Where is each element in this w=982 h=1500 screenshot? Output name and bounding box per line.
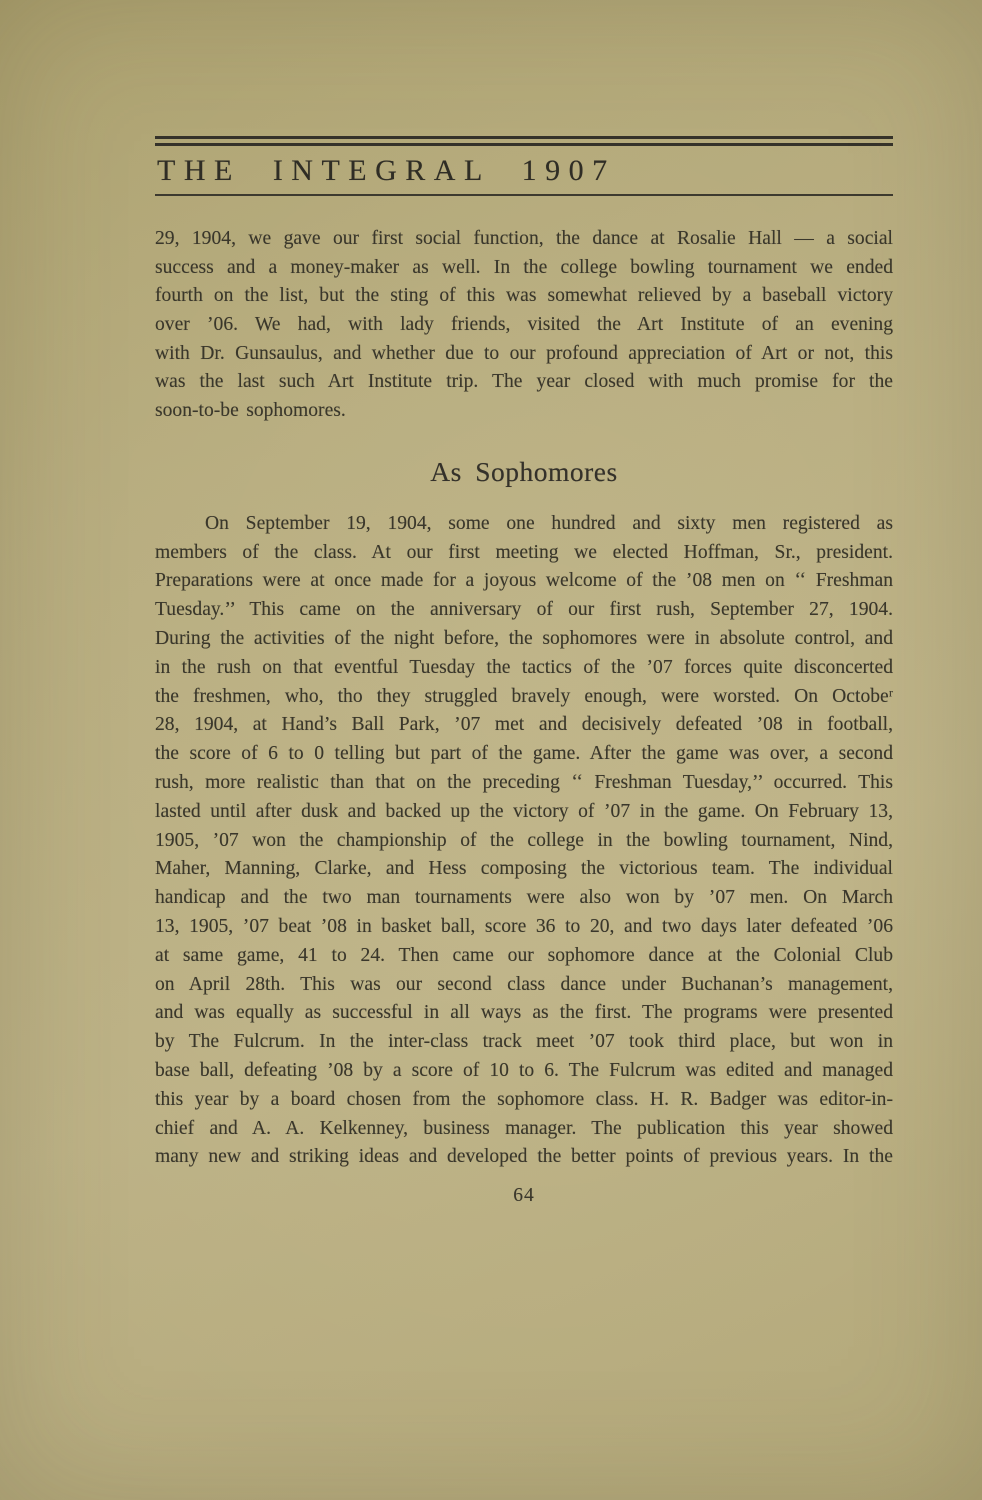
text-line: on April 28th. This was our second class…	[155, 971, 893, 1000]
paragraph-as-sophomores: On September 19, 1904, some one hundred …	[155, 510, 893, 1172]
text-line: fourth on the list, but the sting of thi…	[155, 282, 893, 311]
text-line: On September 19, 1904, some one hundred …	[155, 510, 893, 539]
text-line: lasted until after dusk and backed up th…	[155, 798, 893, 827]
text-line: was the last such Art Institute trip. Th…	[155, 368, 893, 397]
page-number: 64	[155, 1183, 893, 1209]
section-heading-as-sophomores: As Sophomores	[155, 455, 893, 488]
text-line: in the rush on that eventful Tuesday the…	[155, 654, 893, 683]
text-line: handicap and the two man tournaments wer…	[155, 884, 893, 913]
text-line: 29, 1904, we gave our first social funct…	[155, 225, 893, 254]
text-line: rush, more realistic than that on the pr…	[155, 769, 893, 798]
header-double-rule-top	[155, 136, 893, 139]
page-header: THE INTEGRAL 1907	[155, 136, 893, 196]
text-line: over ’06. We had, with lady friends, vis…	[155, 311, 893, 340]
text-line: 28, 1904, at Hand’s Ball Park, ’07 met a…	[155, 711, 893, 740]
text-line: During the activities of the night befor…	[155, 625, 893, 654]
text-line: base ball, defeating ’08 by a score of 1…	[155, 1057, 893, 1086]
text-line: the freshmen, who, tho they struggled br…	[155, 683, 893, 712]
text-line: by The Fulcrum. In the inter-class track…	[155, 1028, 893, 1057]
text-line: Tuesday.’’ This came on the anniversary …	[155, 596, 893, 625]
page-body: 29, 1904, we gave our first social funct…	[155, 225, 893, 1172]
scanned-book-page: THE INTEGRAL 1907 29, 1904, we gave our …	[0, 0, 982, 1500]
text-line: and was equally as successful in all way…	[155, 999, 893, 1028]
text-line: chief and A. A. Kelkenney, business mana…	[155, 1115, 893, 1144]
paragraph-freshman-year: 29, 1904, we gave our first social funct…	[155, 225, 893, 426]
text-line: at same game, 41 to 24. Then came our so…	[155, 942, 893, 971]
text-line: Preparations were at once made for a joy…	[155, 567, 893, 596]
text-line: this year by a board chosen from the sop…	[155, 1086, 893, 1115]
text-line: 1905, ’07 won the championship of the co…	[155, 827, 893, 856]
page-title: THE INTEGRAL 1907	[157, 155, 893, 187]
page-content: THE INTEGRAL 1907 29, 1904, we gave our …	[155, 0, 893, 1209]
title-underline-rule	[155, 194, 893, 196]
header-double-rule-bottom	[155, 143, 893, 145]
text-line: soon-to-be sophomores.	[155, 397, 893, 426]
page-footer: 64	[155, 1183, 893, 1209]
text-line: 13, 1905, ’07 beat ’08 in basket ball, s…	[155, 913, 893, 942]
text-line: success and a money-maker as well. In th…	[155, 254, 893, 283]
text-line: with Dr. Gunsaulus, and whether due to o…	[155, 340, 893, 369]
text-line: Maher, Manning, Clarke, and Hess composi…	[155, 855, 893, 884]
text-line: many new and striking ideas and develope…	[155, 1143, 893, 1172]
text-line: the score of 6 to 0 telling but part of …	[155, 740, 893, 769]
text-line: members of the class. At our first meeti…	[155, 539, 893, 568]
